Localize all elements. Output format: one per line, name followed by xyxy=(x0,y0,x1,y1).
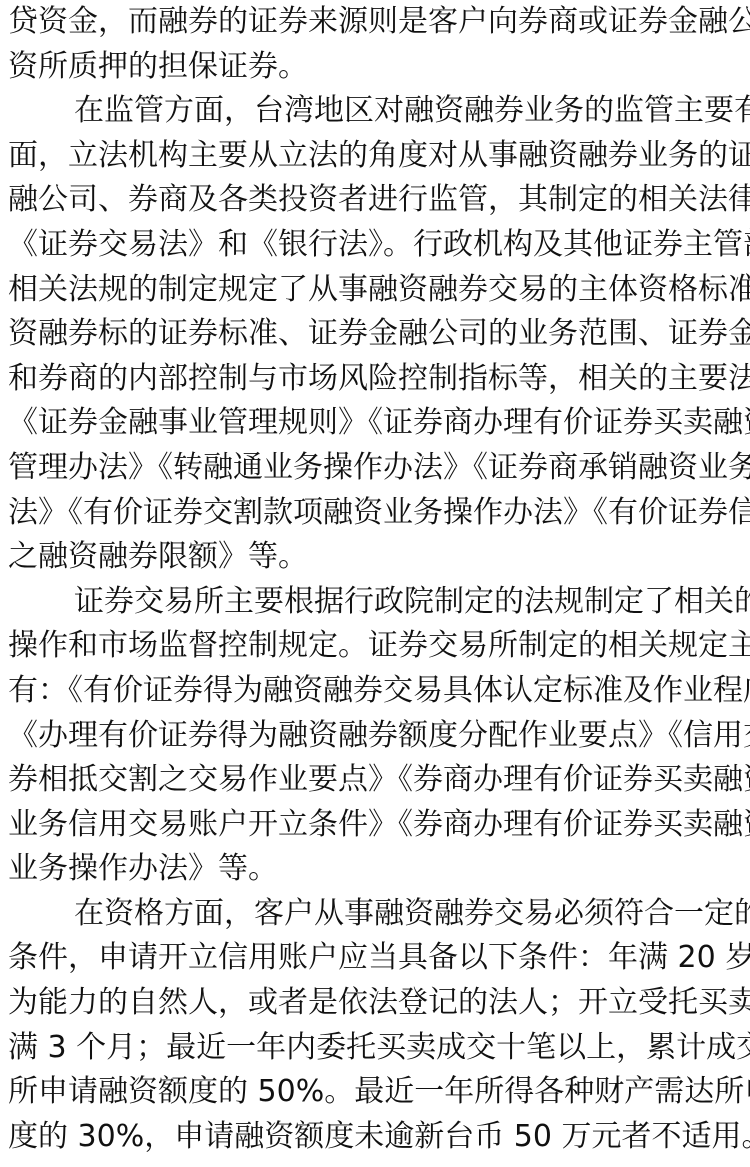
text-line: 条件，申请开立信用账户应当具备以下条件：年满 20 岁且有行 xyxy=(8,936,742,981)
text-line: 管理办法》《转融通业务操作办法》《证券商承销融资业务操作办 xyxy=(8,446,742,491)
text-line: 所申请融资额度的 50%。最近一年所得各种财产需达所申请额 xyxy=(8,1070,742,1115)
text-line: 《证券交易法》和《银行法》。行政机构及其他证券主管部门通过 xyxy=(8,223,742,268)
text-line: 券相抵交割之交易作业要点》《券商办理有价证券买卖融资融券 xyxy=(8,758,742,803)
paragraph: 贷资金，而融券的证券来源则是客户向券商或证券金融公司融 资所质押的担保证券。 xyxy=(8,0,742,89)
text-line: 融公司、券商及各类投资者进行监管，其制定的相关法律主要有 xyxy=(8,178,742,223)
text-line: 《证券金融事业管理规则》《证券商办理有价证券买卖融资融券 xyxy=(8,401,742,446)
text-line: 法》《有价证券交割款项融资业务操作办法》《有价证券信用交易 xyxy=(8,491,742,536)
text-line: 为能力的自然人，或者是依法登记的法人；开立受托买卖账户已 xyxy=(8,981,742,1026)
text-line: 之融资融券限额》等。 xyxy=(8,535,742,580)
text-line: 贷资金，而融券的证券来源则是客户向券商或证券金融公司融 xyxy=(8,0,742,45)
text-line: 有：《有价证券得为融资融券交易具体认定标准及作业程序》 xyxy=(8,669,742,714)
text-line: 业务操作办法》等。 xyxy=(8,847,742,892)
text-line: 和券商的内部控制与市场风险控制指标等，相关的主要法规有： xyxy=(8,357,742,402)
text-line: 相关法规的制定规定了从事融资融券交易的主体资格标准、融 xyxy=(8,268,742,313)
text-line: 资融券标的证券标准、证券金融公司的业务范围、证券金融公司 xyxy=(8,312,742,357)
document-page: 贷资金，而融券的证券来源则是客户向券商或证券金融公司融 资所质押的担保证券。 在… xyxy=(8,0,742,1159)
text-line: 操作和市场监督控制规定。证券交易所制定的相关规定主要 xyxy=(8,624,742,669)
text-line: 资所质押的担保证券。 xyxy=(8,45,742,90)
paragraph: 证券交易所主要根据行政院制定的法规制定了相关的业务 操作和市场监督控制规定。证券… xyxy=(8,580,742,892)
text-line: 业务信用交易账户开立条件》《券商办理有价证券买卖融资融券 xyxy=(8,803,742,848)
text-line: 度的 30%，申请融资额度未逾新台币 50 万元者不适用。能够成 xyxy=(8,1115,742,1160)
text-line: 面，立法机构主要从立法的角度对从事融资融券业务的证券金 xyxy=(8,134,742,179)
text-line: 满 3 个月；最近一年内委托买卖成交十笔以上，累计成交金额达 xyxy=(8,1026,742,1071)
paragraph: 在监管方面，台湾地区对融资融券业务的监管主要有三方 面，立法机构主要从立法的角度… xyxy=(8,89,742,580)
text-line: 在监管方面，台湾地区对融资融券业务的监管主要有三方 xyxy=(8,89,742,134)
text-line: 在资格方面，客户从事融资融券交易必须符合一定的资格 xyxy=(8,892,742,937)
text-line: 证券交易所主要根据行政院制定的法规制定了相关的业务 xyxy=(8,580,742,625)
text-line: 《办理有价证券得为融资融券额度分配作业要点》《信用交易资 xyxy=(8,714,742,759)
paragraph: 在资格方面，客户从事融资融券交易必须符合一定的资格 条件，申请开立信用账户应当具… xyxy=(8,892,742,1160)
